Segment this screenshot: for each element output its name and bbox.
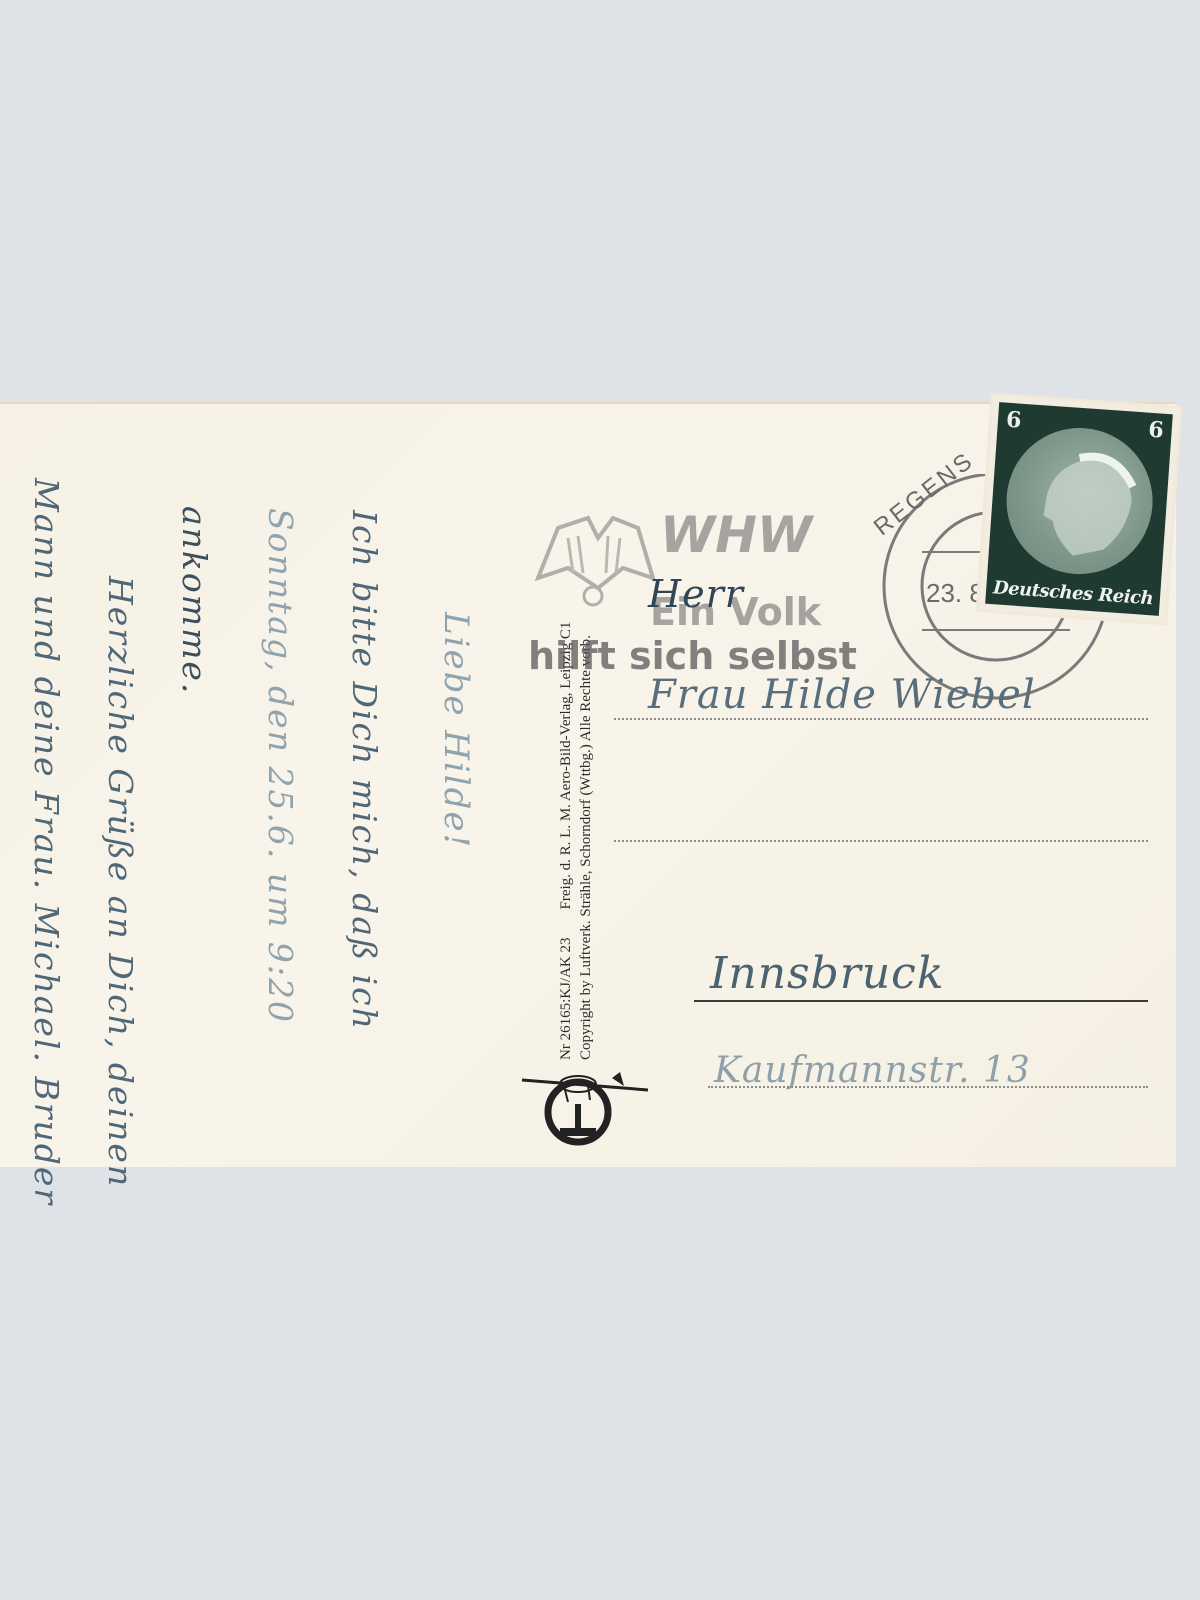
message-line-5: Mann und deine Frau. Michael. Bruder: [27, 478, 66, 1206]
postmark-date: 23. 8: [926, 578, 984, 609]
postage-stamp: 6 6 Deutsches Reich: [979, 396, 1179, 622]
card-number: Nr 26165:KJ/AK 23: [556, 938, 576, 1061]
address-line-2: [614, 840, 1148, 842]
slogan-emblem: WHW: [660, 506, 812, 564]
handwritten-overlay: Herr: [648, 572, 744, 616]
recipient-city: Innsbruck: [710, 948, 944, 999]
stamp-country: Deutsches Reich: [986, 577, 1161, 610]
message-salutation: Liebe Hilde!: [436, 612, 476, 849]
recipient-street: Kaufmannstr. 13: [714, 1050, 1031, 1091]
address-line-street: [708, 1086, 1148, 1088]
message-line-4: Herzliche Grüße an Dich, deinen: [101, 576, 140, 1188]
publisher-imprint: Nr 26165:KJ/AK 23 Freig. d. R. L. M. Aer…: [556, 622, 596, 1060]
message-line-2: Sonntag, den 25.6. um 9:20: [261, 508, 300, 1024]
portrait-icon: [1002, 423, 1158, 579]
address-line-1: [614, 718, 1148, 720]
copyright-line: Copyright by Luftverk. Strähle, Schorndo…: [576, 622, 596, 1060]
address-line-city: [694, 1000, 1148, 1002]
eagle-emblem-icon: [528, 508, 658, 608]
message-line-1: Ich bitte Dich mich, daß ich: [345, 510, 384, 1031]
message-line-3: ankomme.: [175, 506, 214, 695]
publisher-logo-icon: [520, 1068, 650, 1148]
recipient-name: Frau Hilde Wiebel: [648, 672, 1036, 718]
